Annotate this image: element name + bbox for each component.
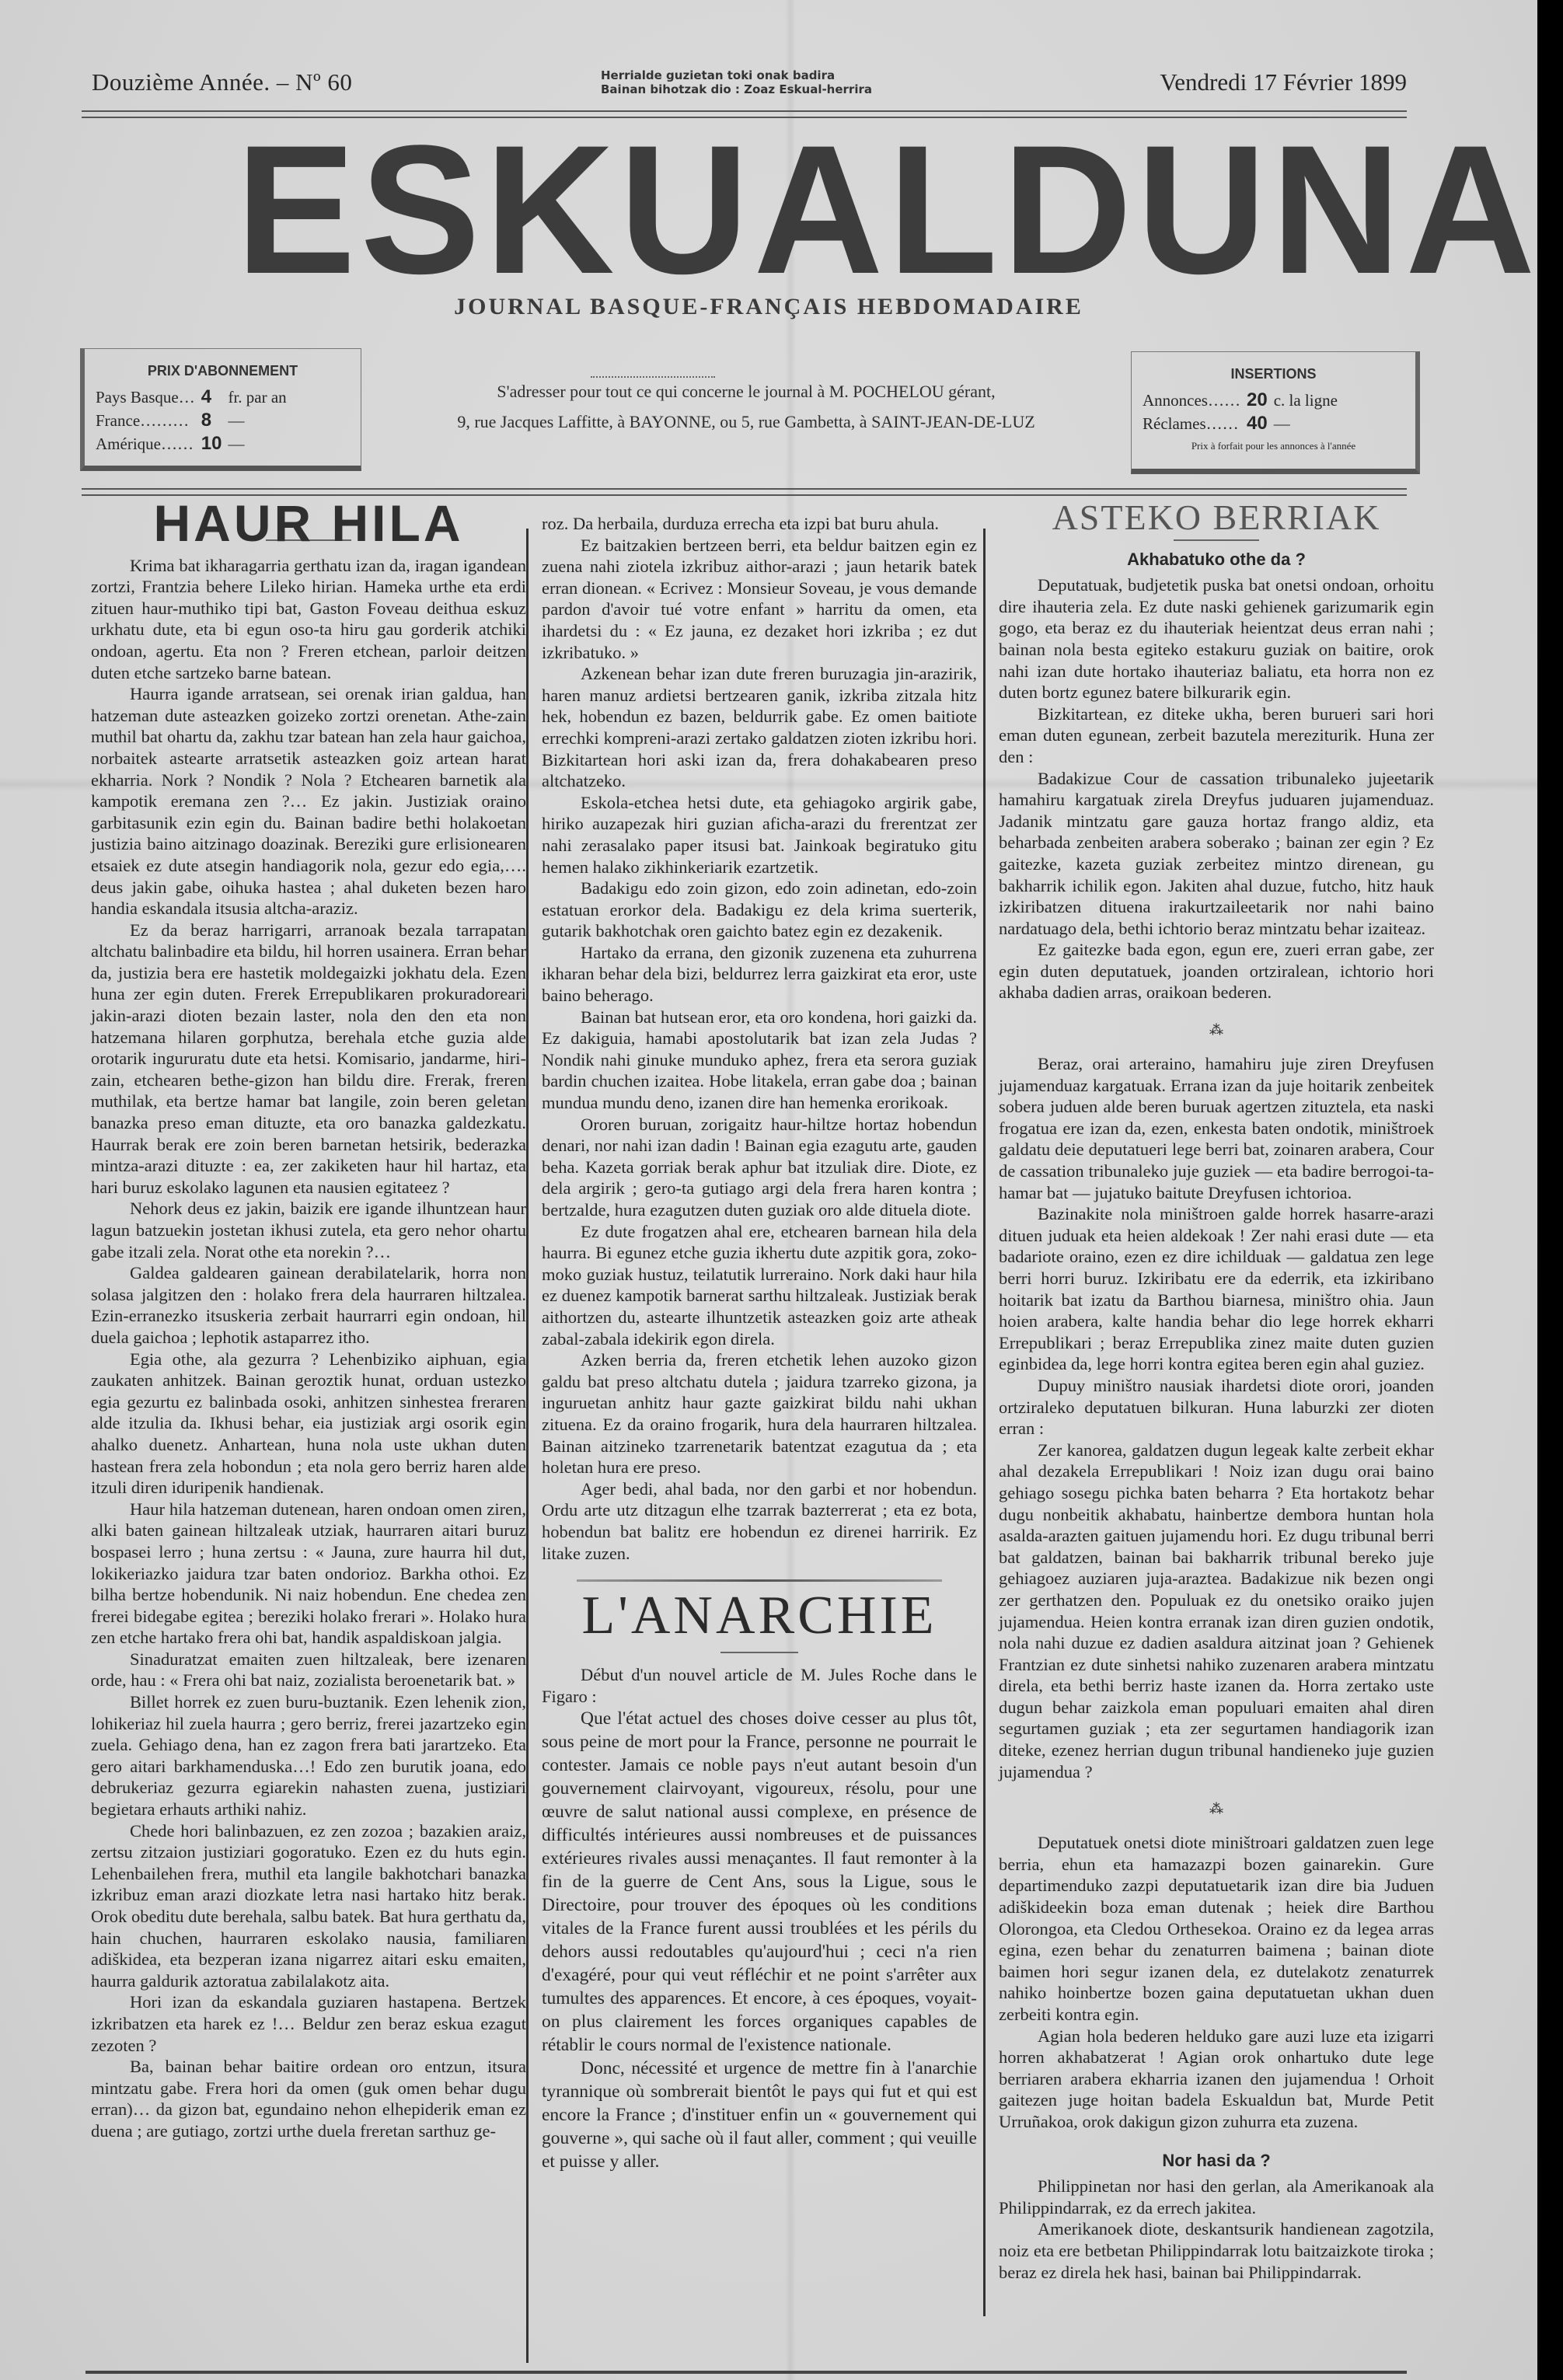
asterism-separator-2: ⁂ [999,1802,1434,1815]
insertions-note: Prix à forfait pour les annonces à l'ann… [1132,440,1415,452]
paragraph: Billet horrek ez zuen buru-buztanik. Eze… [91,1691,526,1820]
paragraph: Haur hila hatzeman dutenean, haren ondoa… [91,1499,526,1649]
section-rule-top [82,488,1407,490]
masthead-title: ESKUALDUNA [235,132,1256,288]
paragraph: Nehork deus ez jakin, baizik ere igande … [91,1198,526,1262]
subscription-title: PRIX D'ABONNEMENT [85,363,361,379]
price-unit: fr. par an [225,386,289,409]
ornamental-rule [577,1579,942,1582]
price-label: Annonces…… [1139,389,1244,412]
section-dreyfus: Beraz, orai arteraino, hamahiru juje zir… [999,1053,1434,1782]
price-unit: — [225,432,289,455]
motto-line-1: Herrialde guzietan toki onak badira [601,68,872,82]
price-label: Pays Basque… [92,386,198,409]
price-value: 10 [198,432,225,455]
subscription-table: Pays Basque…4fr. par anFrance………8—Amériq… [92,386,290,455]
paragraph: Deputatuak, budjetetik puska bat onetsi … [999,574,1434,703]
price-row: France………8— [92,409,290,432]
column-divider-2 [983,529,986,2316]
paragraph: Que l'état actuel des choses doive cesse… [542,1707,977,2057]
newspaper-page: Douzième Année. – Nº 60 Herrialde guziet… [0,0,1537,2380]
column-middle: roz. Da herbaila, durduza errecha eta iz… [542,513,977,2173]
paragraph: Ba, bainan behar baitire ordean oro entz… [91,2056,526,2141]
price-value: 40 [1244,412,1271,435]
header-topline: Douzième Année. – Nº 60 Herrialde guziet… [92,64,1407,110]
article-title-asteko-berriak: ASTEKO BERRIAK [999,507,1434,529]
price-value: 8 [198,409,225,432]
paragraph: Haurra igande arratsean, sei orenak iria… [91,683,526,920]
paragraph: Donc, nécessité et urgence de mettre fin… [542,2057,977,2173]
paragraph: Ager bedi, ahal bada, nor den garbi et n… [542,1478,977,1564]
asterism-separator-1: ⁂ [999,1024,1434,1036]
insertions-title: INSERTIONS [1132,366,1415,382]
price-row: Réclames……40— [1139,412,1341,435]
paragraph: Galdea galdearen gainean derabilatelarik… [91,1262,526,1348]
article-body-haur-hila: Krima bat ikharagarria gerthatu izan da,… [91,555,526,2142]
subhead-nor-hasi-da: Nor hasi da ? [999,2150,1434,2172]
paragraph: Dupuy miništro nausiak ihardetsi diote o… [999,1375,1434,1440]
address-line-2: 9, rue Jacques Laffitte, à BAYONNE, ou 5… [365,407,1127,437]
article-title-haur-hila: HAUR HILA [91,513,526,535]
paragraph: Krima bat ikharagarria gerthatu izan da,… [91,555,526,684]
price-value: 4 [198,386,225,409]
price-label: France……… [92,409,198,432]
paragraph: Hartako da errana, den gizonik zuzenena … [542,942,977,1007]
paragraph: Egia othe, ala gezurra ? Lehenbiziko aip… [91,1349,526,1499]
paragraph: Philippinetan nor hasi den gerlan, ala A… [999,2176,1434,2218]
paragraph: Bazinakite nola miništroen galde horrek … [999,1203,1434,1375]
subhead-akhabatuko: Akhabatuko othe da ? [999,549,1434,571]
insertions-table: Annonces……20c. la ligneRéclames……40— [1139,389,1341,435]
insertions-box: INSERTIONS Annonces……20c. la ligneRéclam… [1131,351,1420,474]
page-bottom-rule [85,2371,1407,2374]
price-unit: c. la ligne [1271,389,1341,412]
paragraph: Azkenean behar izan dute freren buruzagi… [542,663,977,792]
price-row: Amérique……10— [92,432,290,455]
column-asteko-berriak: ASTEKO BERRIAK Akhabatuko othe da ? Depu… [999,513,1434,2283]
paragraph: Sinaduratzat emaiten zuen hiltzaleak, be… [91,1649,526,1691]
paragraph: Agian hola bederen helduko gare auzi luz… [999,2026,1434,2133]
article-body-haur-hila-continued: roz. Da herbaila, durduza errecha eta iz… [542,513,977,1564]
paragraph: Ez dute frogatzen ahal ere, etchearen ba… [542,1221,977,1350]
paragraph: Ez gaitezke bada egon, egun ere, zueri e… [999,939,1434,1003]
column-divider-1 [526,529,529,2363]
column-haur-hila: HAUR HILA Krima bat ikharagarria gerthat… [91,513,526,2142]
address-line-1: S'adresser pour tout ce qui concerne le … [365,376,1127,407]
section-philippines: Philippinetan nor hasi den gerlan, ala A… [999,2176,1434,2283]
issue-date: Vendredi 17 Février 1899 [1160,68,1407,96]
price-value: 20 [1244,389,1271,412]
paragraph: Zer kanorea, galdatzen dugun legeak kalt… [999,1440,1434,1783]
paragraph: Eskola-etchea hetsi dute, eta gehiagoko … [542,792,977,878]
title-rule [1174,539,1259,541]
paragraph: Ez baitzakien bertzeen berri, eta beldur… [542,535,977,664]
paragraph: Badakigu edo zoin gizon, edo zoin adinet… [542,878,977,942]
section-deputatuek: Deputatuek onetsi diote miništroari gald… [999,1832,1434,2132]
paragraph: Hori izan da eskandala guziaren hastapen… [91,1991,526,2056]
paragraph: Chede hori balinbazuen, ez zen zozoa ; b… [91,1820,526,1992]
price-row: Pays Basque…4fr. par an [92,386,290,409]
section-akhabatuko: Deputatuak, budjetetik puska bat onetsi … [999,574,1434,1003]
address-block: S'adresser pour tout ce qui concerne le … [365,376,1127,437]
article-body-anarchie: Que l'état actuel des choses doive cesse… [542,1707,977,2173]
paragraph: Deputatuek onetsi diote miništroari gald… [999,1832,1434,2025]
paragraph: Ez da beraz harrigarri, arranoak bezala … [91,920,526,1199]
paragraph: Amerikanoek diote, deskantsurik handiene… [999,2218,1434,2283]
title-wave-rule [720,1652,798,1653]
paragraph: Ororen buruan, zorigaitz haur-hiltze hor… [542,1114,977,1221]
paragraph: roz. Da herbaila, durduza errecha eta iz… [542,513,977,535]
article-title-anarchie: L'ANARCHIE [542,1586,977,1645]
price-row: Annonces……20c. la ligne [1139,389,1341,412]
price-label: Amérique…… [92,432,198,455]
price-unit: — [225,409,289,432]
price-label: Réclames…… [1139,412,1244,435]
issue-number: Douzième Année. – Nº 60 [92,68,352,96]
subscription-box: PRIX D'ABONNEMENT Pays Basque…4fr. par a… [80,348,361,471]
motto: Herrialde guzietan toki onak badira Bain… [601,68,872,96]
price-unit: — [1271,412,1341,435]
motto-line-2: Bainan bihotzak dio : Zoaz Eskual-herrir… [601,82,872,96]
anarchie-intro: Début d'un nouvel article de M. Jules Ro… [542,1664,977,1707]
paragraph: Beraz, orai arteraino, hamahiru juje zir… [999,1053,1434,1203]
paragraph: Bainan bat hutsean eror, eta oro kondena… [542,1007,977,1114]
paragraph: Badakizue Cour de cassation tribunaleko … [999,768,1434,940]
paragraph: Bizkitartean, ez diteke ukha, beren buru… [999,703,1434,768]
paragraph: Azken berria da, freren etchetik lehen a… [542,1349,977,1478]
masthead-subtitle: JOURNAL BASQUE-FRANÇAIS HEBDOMADAIRE [0,294,1537,320]
